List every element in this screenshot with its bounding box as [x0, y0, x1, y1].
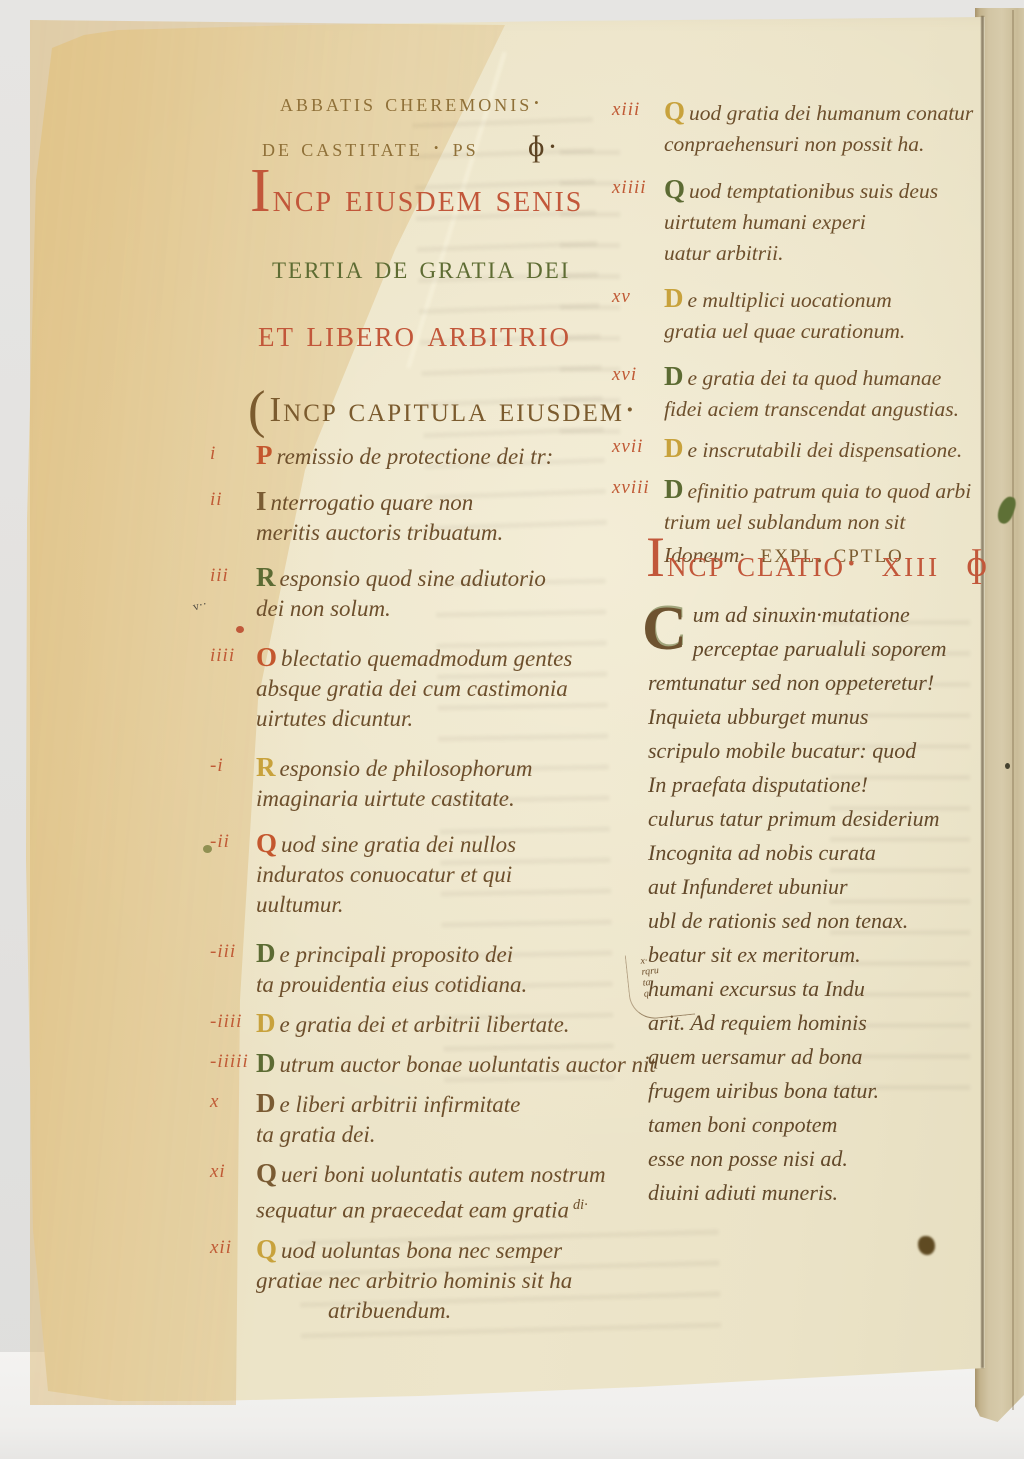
text-line: um ad sinuxin·mutatione — [648, 598, 993, 632]
marginal-gloss: x· rqru ta q: — [625, 949, 696, 1021]
chapter-numeral: xii — [210, 1234, 256, 1326]
red-ink-dot — [236, 626, 244, 633]
chapter-numeral: x — [210, 1088, 256, 1150]
chapter-numeral: xv — [612, 283, 664, 347]
text-line: Premissio de protectione dei tr: — [256, 440, 553, 472]
header-line-1: abbatis cheremonis· — [280, 90, 544, 118]
text-line: In praefata disputatione! — [648, 768, 993, 802]
text-line: trium uel sublandum non sit — [664, 507, 971, 538]
text-line: frugem uiribus bona tatur. — [648, 1074, 993, 1108]
chapter-initial: I — [256, 486, 267, 516]
superscript-correction: di· — [573, 1197, 588, 1213]
text-line: uirtutes dicuntur. — [256, 704, 572, 734]
text-line: Definitio patrum quia to quod arbi — [664, 474, 971, 507]
text-line: fidei aciem transcendat angustias. — [664, 394, 959, 425]
paraph-mark: ( — [248, 381, 267, 439]
text-line: meritis auctoris tribuatum. — [256, 518, 503, 548]
text-line: uirtutem humani experi — [664, 207, 938, 238]
capitula-item: -ii Quod sine gratia dei nullos indurato… — [210, 828, 660, 920]
chapter-initial: Q — [664, 174, 685, 204]
text-line: arit. Ad requiem hominis — [648, 1006, 993, 1040]
chapter-initial: R — [256, 752, 276, 782]
incipit-number: xiii — [882, 543, 940, 585]
capitula-item: -iii De principali proposito dei ta prou… — [210, 938, 660, 1000]
text-line: aut Infunderet ubuniur — [648, 870, 993, 904]
text-line: quem uersamur ad bona — [648, 1040, 993, 1074]
text-line: De multiplici uocationum — [664, 283, 905, 316]
chapter-numeral: iiii — [210, 642, 256, 734]
chapter-numeral: xiii — [612, 96, 664, 160]
text-line: beatur sit ex meritorum. — [648, 938, 993, 972]
ink-blot-stain — [918, 1236, 935, 1255]
text-line: dei non solum. — [256, 594, 546, 624]
text-line: Quod temptationibus suis deus — [664, 174, 938, 207]
chapter-initial: D — [664, 433, 684, 463]
text-line: induratos conuocatur et qui — [256, 860, 516, 890]
text-line: Queri boni uoluntatis autem nostrum — [256, 1158, 606, 1190]
text-line: atribuendum. — [256, 1296, 572, 1326]
chapter-initial: Q — [256, 1234, 277, 1264]
capitula-item: xvi De gratia dei ta quod humanae fidei … — [612, 361, 990, 425]
next-page-speck — [1005, 763, 1010, 769]
text-line: culurus tatur primum desiderium — [648, 802, 993, 836]
chapter-numeral: -iii — [210, 938, 256, 1000]
text-line: Dutrum auctor bonae uoluntatis auctor ni… — [256, 1048, 656, 1080]
text-line: uultumur. — [256, 890, 516, 920]
capitula-item: xv De multiplici uocationum gratia uel q… — [612, 283, 990, 347]
text-line: ubl de rationis sed non tenax. — [648, 904, 993, 938]
conference-body-text: C um ad sinuxin·mutatione perceptae paru… — [648, 598, 993, 1210]
text-line: remtunatur sed non oppeteretur! — [648, 666, 993, 700]
text-line: Incognita ad nobis curata — [648, 836, 993, 870]
text-line: sequatur an praecedat eam gratiadi· — [256, 1190, 606, 1226]
chapter-numeral: i — [210, 440, 256, 472]
chapter-initial: Q — [664, 96, 685, 126]
text-line: Oblectatio quemadmodum gentes — [256, 642, 572, 674]
capitula-item: x De liberi arbitrii infirmitate ta grat… — [210, 1088, 660, 1150]
header-line-2-text: de castitate · ps — [262, 135, 479, 162]
text-line: De gratia dei ta quod humanae — [664, 361, 959, 394]
chapter-initial: R — [256, 562, 276, 592]
text-line: absque gratia dei cum castimonia — [256, 674, 572, 704]
chapter-list-left: i Premissio de protectione dei tr: ii In… — [210, 440, 660, 1334]
chapter-initial: D — [664, 474, 684, 504]
chapter-initial: P — [256, 440, 273, 470]
text-line: tamen boni conpotem — [648, 1108, 993, 1142]
text-line: De liberi arbitrii infirmitate — [256, 1088, 520, 1120]
capitula-item: -iiiii Dutrum auctor bonae uoluntatis au… — [210, 1048, 660, 1080]
chapter-numeral: xiiii — [612, 174, 664, 269]
capitula-heading: (Incp capitula eiusdem· — [248, 380, 638, 440]
text-line: ta gratia dei. — [256, 1120, 520, 1150]
capitula-item: i Premissio de protectione dei tr: — [210, 440, 660, 472]
chapter-initial: D — [664, 283, 684, 313]
text-line: uatur arbitrii. — [664, 238, 938, 269]
chapter-initial: Q — [256, 1158, 277, 1188]
incipit-ornament: ɸ — [966, 543, 989, 585]
text-line: conpraehensuri non possit ha. — [664, 129, 973, 160]
text-line: gratia uel quae curationum. — [664, 316, 905, 347]
chapter-initial: D — [256, 1008, 276, 1038]
capitula-item: xii Quod uoluntas bona nec semper gratia… — [210, 1234, 660, 1326]
chapter-initial: Q — [256, 828, 277, 858]
chapter-initial: D — [256, 1048, 276, 1078]
chapter-initial: D — [256, 938, 276, 968]
chapter-numeral: iii — [210, 562, 256, 624]
text-line: De gratia dei et arbitrii libertate. — [256, 1008, 570, 1040]
text-line: scripulo mobile bucatur: quod — [648, 734, 993, 768]
chapter-numeral: xvii — [612, 433, 664, 466]
rubric-title-red: Incp eiusdem senis — [250, 170, 583, 221]
chapter-list-right: xiii Quod gratia dei humanum conatur con… — [612, 96, 990, 579]
decorated-initial-C: C — [642, 600, 687, 658]
chapter-initial: D — [664, 361, 684, 391]
text-line: gratiae nec arbitrio hominis sit ha — [256, 1266, 572, 1296]
text-line: perceptae parualuli soporem — [648, 632, 993, 666]
capitula-item: xi Queri boni uoluntatis autem nostrum s… — [210, 1158, 660, 1226]
text-line: diuini adiuti muneris. — [648, 1176, 993, 1210]
text-line: Quod gratia dei humanum conatur — [664, 96, 973, 129]
text-line: Responsio quod sine adiutorio — [256, 562, 546, 594]
text-line: Responsio de philosophorum — [256, 752, 533, 784]
pen-flourish-ornament: ɸ· — [528, 130, 561, 163]
capitula-item: ii Interrogatio quare non meritis auctor… — [210, 486, 660, 548]
incipit-rubric: Incp clatio·xiiiɸ — [646, 538, 989, 586]
text-line: ta prouidentia eius cotidiana. — [256, 970, 527, 1000]
capitula-item: xiiii Quod temptationibus suis deus uirt… — [612, 174, 990, 269]
rubric-title-green: tertia de gratia dei — [272, 250, 570, 287]
next-page-crease — [1012, 10, 1014, 1410]
text-line: humani excursus ta Indu — [648, 972, 993, 1006]
text-line: De principali proposito dei — [256, 938, 527, 970]
capitula-item: iiii Oblectatio quemadmodum gentes absqu… — [210, 642, 660, 734]
text-line: Inquieta ubburget munus — [648, 700, 993, 734]
chapter-numeral: -ii — [210, 828, 256, 920]
incipit-text: Incp clatio· — [646, 543, 860, 585]
olive-stain-dot — [203, 845, 212, 853]
header-line-2: de castitate · ps ɸ· — [262, 130, 561, 164]
chapter-numeral: -i — [210, 752, 256, 814]
chapter-numeral: xvi — [612, 361, 664, 425]
text-line: imaginaria uirtute castitate. — [256, 784, 533, 814]
chapter-numeral: -iiiii — [210, 1048, 256, 1080]
chapter-numeral: -iiii — [210, 1008, 256, 1040]
capitula-item: -i Responsio de philosophorum imaginaria… — [210, 752, 660, 814]
text-line: Quod uoluntas bona nec semper — [256, 1234, 572, 1266]
capitula-item: -iiii De gratia dei et arbitrii libertat… — [210, 1008, 660, 1040]
capitula-item: xvii De inscrutabili dei dispensatione. — [612, 433, 990, 466]
text-line: esse non posse nisi ad. — [648, 1142, 993, 1176]
text-line: De inscrutabili dei dispensatione. — [664, 433, 962, 466]
text-line: Interrogatio quare non — [256, 486, 503, 518]
chapter-initial: O — [256, 642, 277, 672]
text-line: Quod sine gratia dei nullos — [256, 828, 516, 860]
rubric-title-red-2: et libero arbitrio — [258, 312, 571, 356]
chapter-numeral: xi — [210, 1158, 256, 1226]
chapter-initial: D — [256, 1088, 276, 1118]
chapter-numeral: ii — [210, 486, 256, 548]
manuscript-scan: abbatis cheremonis· de castitate · ps ɸ·… — [0, 0, 1024, 1459]
capitula-item: iii Responsio quod sine adiutorio dei no… — [210, 562, 660, 624]
capitula-item: xiii Quod gratia dei humanum conatur con… — [612, 96, 990, 160]
capitula-heading-text: Incp capitula eiusdem· — [269, 390, 637, 429]
